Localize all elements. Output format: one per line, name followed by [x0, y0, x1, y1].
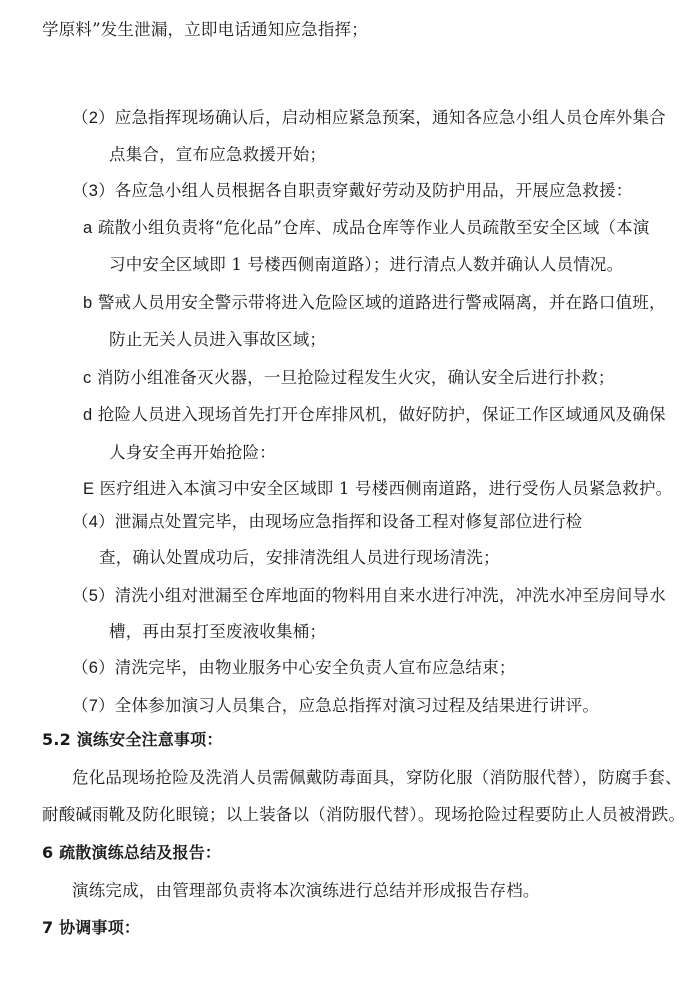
line-text: 各应急小组人员根据各自职责穿戴好劳动及防护用品，开展应急救援：	[115, 181, 633, 200]
list-item-5: （5）清洗小组对泄漏至仓库地面的物料用自来水进行冲洗，冲洗水冲至房间导水	[72, 585, 666, 607]
text-line: 防止无关人员进入事故区域；	[109, 329, 326, 351]
list-marker: b	[83, 294, 92, 312]
list-item-6: （6）清洗完毕，由物业服务中心安全负责人宣布应急结束；	[72, 657, 516, 679]
line-text: 全体参加演习人员集合，应急总指挥对演习过程及结果进行讲评。	[115, 696, 599, 715]
line-text: 抢险人员进入现场首先打开仓库排风机，做好防护，保证工作区域通风及确保	[98, 405, 666, 424]
line-text: 槽，再由泵打至废液收集桶；	[109, 622, 326, 641]
list-marker: （2）	[72, 109, 115, 127]
list-marker: E	[83, 480, 94, 498]
list-item-4: （4）泄漏点处置完毕，由现场应急指挥和设备工程对修复部位进行检	[72, 511, 582, 533]
text-line: 学原料”发生泄漏，立即电话通知应急指挥；	[42, 19, 368, 41]
line-text: 查，确认处置成功后，安排清洗组人员进行现场清洗；	[99, 548, 500, 567]
line-text: 警戒人员用安全警示带将进入危险区域的道路进行警戒隔离，并在路口值班，	[98, 293, 666, 312]
paragraph-line: 耐酸碱雨靴及防化眼镜；以上装备以（消防服代替）。现场抢险过程要防止人员被滑跌。	[42, 804, 685, 826]
text-line: 槽，再由泵打至废液收集桶；	[109, 621, 326, 643]
line-text: 医疗组进入本演习中安全区域即 1 号楼西侧南道路，进行受伤人员紧急救护。	[100, 479, 673, 498]
list-marker: c	[83, 369, 91, 387]
text-line: 人身安全再开始抢险：	[109, 442, 276, 464]
sub-item-a: a 疏散小组负责将“危化品”仓库、成品仓库等作业人员疏散至安全区域（本演	[83, 217, 650, 239]
line-text: 防止无关人员进入事故区域；	[109, 330, 326, 349]
list-marker: （4）	[72, 513, 115, 531]
line-text: 学原料”发生泄漏，立即电话通知应急指挥；	[42, 20, 368, 39]
paragraph-line: 演练完成，由管理部负责将本次演练进行总结并形成报告存档。	[72, 880, 540, 902]
line-text: 消防小组准备灭火器，一旦抢险过程发生火灾，确认安全后进行扑救；	[97, 368, 615, 387]
sub-item-d: d 抢险人员进入现场首先打开仓库排风机，做好防护，保证工作区域通风及确保	[83, 404, 666, 426]
list-marker: （3）	[72, 182, 115, 200]
line-text: 清洗小组对泄漏至仓库地面的物料用自来水进行冲洗，冲洗水冲至房间导水	[115, 586, 666, 605]
line-text: 点集合，宣布应急救援开始；	[109, 145, 326, 164]
list-item-7: （7）全体参加演习人员集合，应急总指挥对演习过程及结果进行讲评。	[72, 695, 599, 717]
sub-item-c: c 消防小组准备灭火器，一旦抢险过程发生火灾，确认安全后进行扑救；	[83, 367, 615, 389]
sub-item-b: b 警戒人员用安全警示带将进入危险区域的道路进行警戒隔离，并在路口值班，	[83, 292, 666, 314]
text-line: 点集合，宣布应急救援开始；	[109, 144, 326, 166]
list-item-3: （3）各应急小组人员根据各自职责穿戴好劳动及防护用品，开展应急救援：	[72, 180, 632, 202]
text-line: 查，确认处置成功后，安排清洗组人员进行现场清洗；	[99, 547, 500, 569]
list-marker: （5）	[72, 587, 115, 605]
line-text: 习中安全区域即 1 号楼西侧南道路）；进行清点人数并确认人员情况。	[109, 255, 623, 274]
list-marker: （6）	[72, 659, 115, 677]
list-item-2: （2）应急指挥现场确认后，启动相应紧急预案，通知各应急小组人员仓库外集合	[72, 107, 666, 129]
section-heading-5-2: 5.2 演练安全注意事项：	[42, 729, 223, 751]
list-marker: a	[83, 219, 92, 237]
list-marker: d	[83, 406, 92, 424]
list-marker: （7）	[72, 697, 115, 715]
sub-item-e: E 医疗组进入本演习中安全区域即 1 号楼西侧南道路，进行受伤人员紧急救护。	[83, 478, 672, 500]
line-text: 人身安全再开始抢险：	[109, 443, 276, 462]
line-text: 疏散小组负责将“危化品”仓库、成品仓库等作业人员疏散至安全区域（本演	[98, 218, 650, 237]
paragraph-line: 危化品现场抢险及洗消人员需佩戴防毒面具，穿防化服（消防服代替），防腐手套、	[72, 767, 682, 789]
line-text: 清洗完毕，由物业服务中心安全负责人宣布应急结束；	[115, 658, 516, 677]
line-text: 泄漏点处置完毕，由现场应急指挥和设备工程对修复部位进行检	[115, 512, 583, 531]
section-heading-6: 6 疏散演练总结及报告：	[42, 842, 221, 864]
line-text: 应急指挥现场确认后，启动相应紧急预案，通知各应急小组人员仓库外集合	[115, 108, 666, 127]
text-line: 习中安全区域即 1 号楼西侧南道路）；进行清点人数并确认人员情况。	[109, 254, 623, 276]
section-heading-7: 7 协调事项：	[42, 917, 140, 939]
